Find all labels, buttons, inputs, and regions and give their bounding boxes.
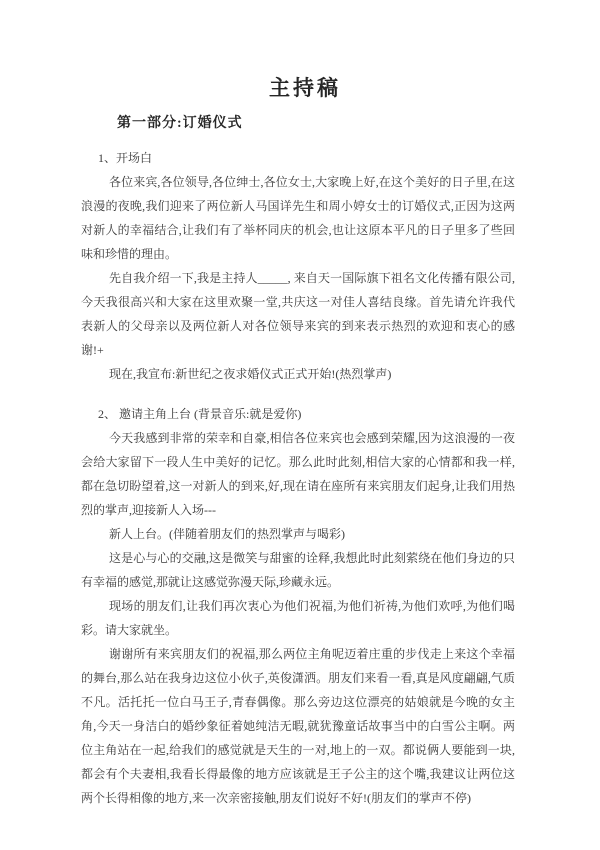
paragraph: 各位来宾,各位领导,各位绅士,各位女士,大家晚上好,在这个美好的日子里,在这浪漫… [81, 170, 515, 266]
numbered-heading: 2、 邀请主角上台 (背景音乐:就是爱你) [81, 402, 515, 426]
document-content: 主持稿 第一部分:订婚仪式 1、开场白各位来宾,各位领导,各位绅士,各位女士,大… [81, 78, 515, 810]
section-heading: 第一部分:订婚仪式 [81, 115, 515, 133]
paragraph: 现场的朋友们,让我们再次衷心为他们祝福,为他们祈祷,为他们欢呼,为他们喝彩。请大… [81, 594, 515, 642]
paragraph: 这是心与心的交融,这是微笑与甜蜜的诠释,我想此时此刻萦绕在他们身边的只有幸福的感… [81, 546, 515, 594]
numbered-heading: 1、开场白 [81, 146, 515, 170]
paragraph: 谢谢所有来宾朋友们的祝福,那么两位主角呢迈着庄重的步伐走上来这个幸福的舞台,那么… [81, 642, 515, 810]
paragraph: 现在,我宣布:新世纪之夜求婚仪式正式开始!(热烈掌声) [81, 362, 515, 386]
document-body: 1、开场白各位来宾,各位领导,各位绅士,各位女士,大家晚上好,在这个美好的日子里… [81, 146, 515, 810]
paragraph: 今天我感到非常的荣幸和自豪,相信各位来宾也会感到荣耀,因为这浪漫的一夜会给大家留… [81, 426, 515, 522]
paragraph: 新人上台。(伴随着朋友们的热烈掌声与喝彩) [81, 522, 515, 546]
document-page: 主持稿 第一部分:订婚仪式 1、开场白各位来宾,各位领导,各位绅士,各位女士,大… [0, 0, 600, 850]
paragraph: 先自我介绍一下,我是主持人_____, 来自天一国际旗下祖名文化传播有限公司,今… [81, 266, 515, 362]
document-title: 主持稿 [81, 78, 515, 99]
